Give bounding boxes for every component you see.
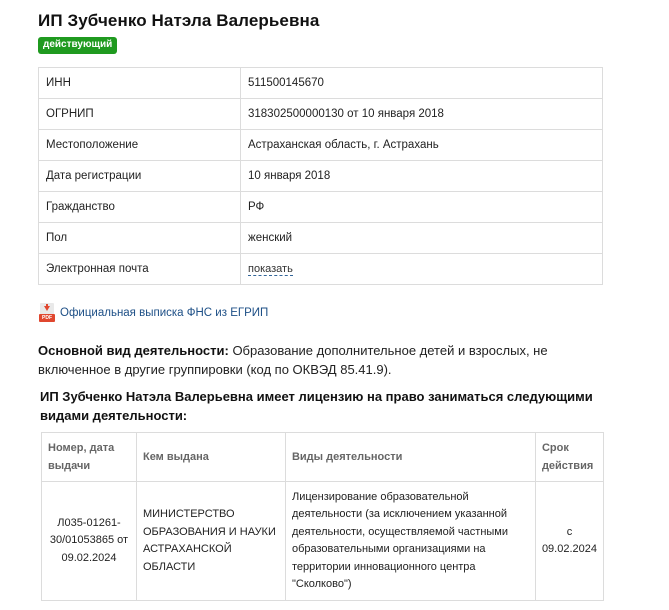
info-value: РФ [241,192,603,223]
licenses-table: Номер, дата выдачи Кем выдана Виды деяте… [41,432,604,601]
info-row-location: Местоположение Астраханская область, г. … [39,130,603,161]
info-value: 318302500000130 от 10 января 2018 [241,99,603,130]
pdf-download-icon: PDF [39,303,55,323]
info-row-registration-date: Дата регистрации 10 января 2018 [39,161,603,192]
info-value: показать [241,254,603,285]
info-value: 511500145670 [241,68,603,99]
info-label: Местоположение [39,130,241,161]
license-issued-by: МИНИСТЕРСТВО ОБРАЗОВАНИЯ И НАУКИ АСТРАХА… [136,482,285,601]
license-activities: Лицензирование образовательной деятельно… [285,482,535,601]
col-header-issued-by: Кем выдана [136,433,285,482]
info-label: Гражданство [39,192,241,223]
show-email-link[interactable]: показать [248,263,293,276]
info-table: ИНН 511500145670 ОГРНИП 318302500000130 … [38,67,603,285]
info-row-gender: Пол женский [39,223,603,254]
main-activity: Основной вид деятельности: Образование д… [38,341,578,379]
col-header-activities: Виды деятельности [285,433,535,482]
licenses-header-row: Номер, дата выдачи Кем выдана Виды деяте… [42,433,604,482]
page-title: ИП Зубченко Натэла Валерьевна [38,11,319,31]
info-value: 10 января 2018 [241,161,603,192]
main-activity-label: Основной вид деятельности: [38,343,229,358]
info-row-ogrnip: ОГРНИП 318302500000130 от 10 января 2018 [39,99,603,130]
license-heading: ИП Зубченко Натэла Валерьевна имеет лице… [40,387,600,425]
info-row-inn: ИНН 511500145670 [39,68,603,99]
info-label: Дата регистрации [39,161,241,192]
info-value: женский [241,223,603,254]
egrip-extract-link-row[interactable]: PDF Официальная выписка ФНС из ЕГРИП [39,303,268,323]
info-value: Астраханская область, г. Астрахань [241,130,603,161]
status-badge: действующий [38,37,117,54]
license-number: Л035-01261-30/01053865 от 09.02.2024 [42,482,137,601]
info-row-email: Электронная почта показать [39,254,603,285]
info-label: Электронная почта [39,254,241,285]
info-row-citizenship: Гражданство РФ [39,192,603,223]
table-row: Л035-01261-30/01053865 от 09.02.2024 МИН… [42,482,604,601]
info-label: ОГРНИП [39,99,241,130]
col-header-number: Номер, дата выдачи [42,433,137,482]
col-header-validity: Срок действия [535,433,603,482]
info-label: Пол [39,223,241,254]
info-label: ИНН [39,68,241,99]
egrip-extract-link[interactable]: Официальная выписка ФНС из ЕГРИП [60,307,268,319]
license-validity: с 09.02.2024 [535,482,603,601]
